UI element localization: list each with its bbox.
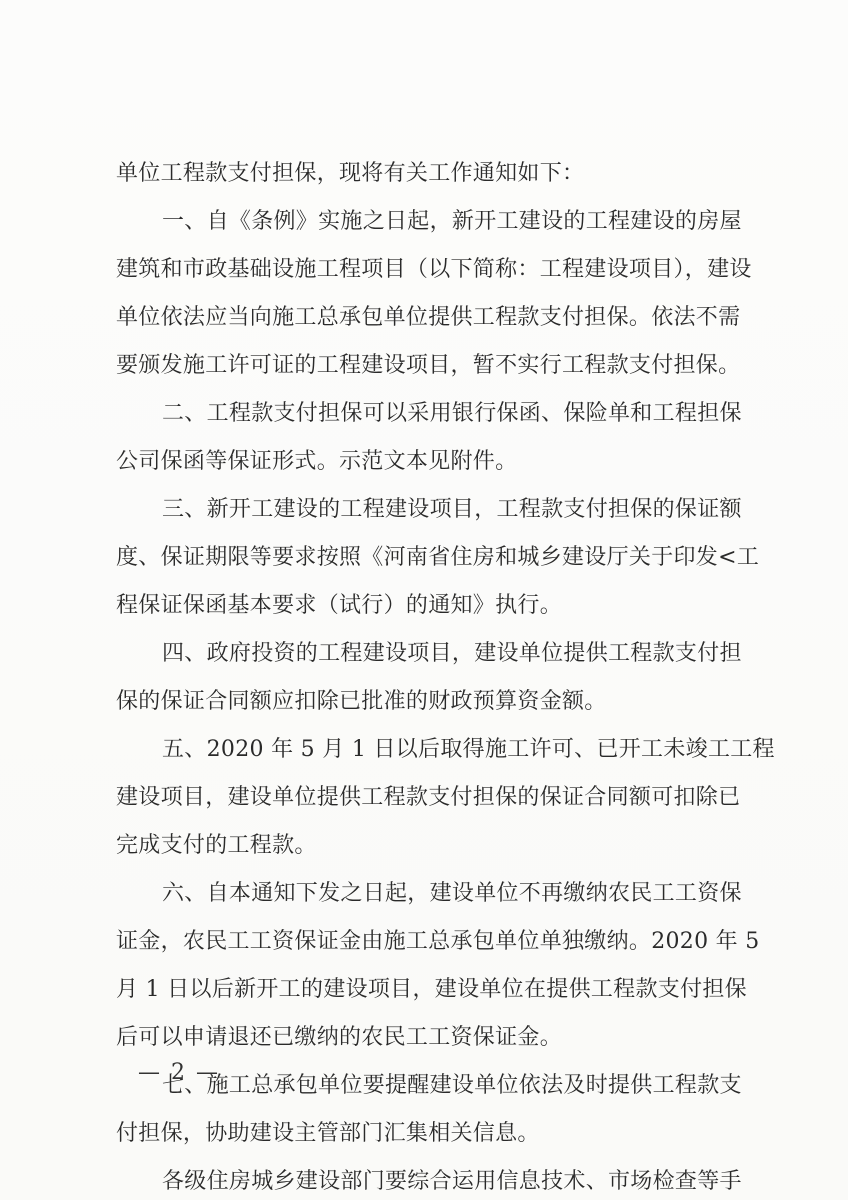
text-line: 各级住房城乡建设部门要综合运用信息技术、市场检查等手	[116, 1158, 756, 1200]
text-line: 保的保证合同额应扣除已批准的财政预算资金额。	[116, 678, 756, 726]
document-page: 单位工程款支付担保，现将有关工作通知如下： 一、自《条例》实施之日起，新开工建设…	[0, 0, 848, 1200]
text-line: 单位工程款支付担保，现将有关工作通知如下：	[116, 150, 756, 198]
text-line: 程保证保函基本要求（试行）的通知》执行。	[116, 582, 756, 630]
text-line: 度、保证期限等要求按照《河南省住房和城乡建设厅关于印发<工	[116, 534, 756, 582]
text-line: 完成支付的工程款。	[116, 822, 756, 870]
text-line: 公司保函等保证形式。示范文本见附件。	[116, 438, 756, 486]
text-line: 三、新开工建设的工程建设项目，工程款支付担保的保证额	[116, 486, 756, 534]
document-body: 单位工程款支付担保，现将有关工作通知如下： 一、自《条例》实施之日起，新开工建设…	[116, 150, 756, 1200]
text-line: 证金，农民工工资保证金由施工总承包单位单独缴纳。2020 年 5	[116, 918, 756, 966]
text-line: 月 1 日以后新开工的建设项目，建设单位在提供工程款支付担保	[116, 966, 756, 1014]
text-line: 六、自本通知下发之日起，建设单位不再缴纳农民工工资保	[116, 870, 756, 918]
text-line: 单位依法应当向施工总承包单位提供工程款支付担保。依法不需	[116, 294, 756, 342]
text-line: 建筑和市政基础设施工程项目（以下简称：工程建设项目），建设	[116, 246, 756, 294]
text-line: 二、工程款支付担保可以采用银行保函、保险单和工程担保	[116, 390, 756, 438]
text-line: 四、政府投资的工程建设项目，建设单位提供工程款支付担	[116, 630, 756, 678]
text-line: 建设项目，建设单位提供工程款支付担保的保证合同额可扣除已	[116, 774, 756, 822]
text-line: 要颁发施工许可证的工程建设项目，暂不实行工程款支付担保。	[116, 342, 756, 390]
text-line: 后可以申请退还已缴纳的农民工工资保证金。	[116, 1014, 756, 1062]
text-line: 一、自《条例》实施之日起，新开工建设的工程建设的房屋	[116, 198, 756, 246]
text-line: 付担保，协助建设主管部门汇集相关信息。	[116, 1110, 756, 1158]
text-line: 五、2020 年 5 月 1 日以后取得施工许可、已开工未竣工工程	[116, 726, 756, 774]
page-number: — 2 —	[138, 1060, 220, 1085]
